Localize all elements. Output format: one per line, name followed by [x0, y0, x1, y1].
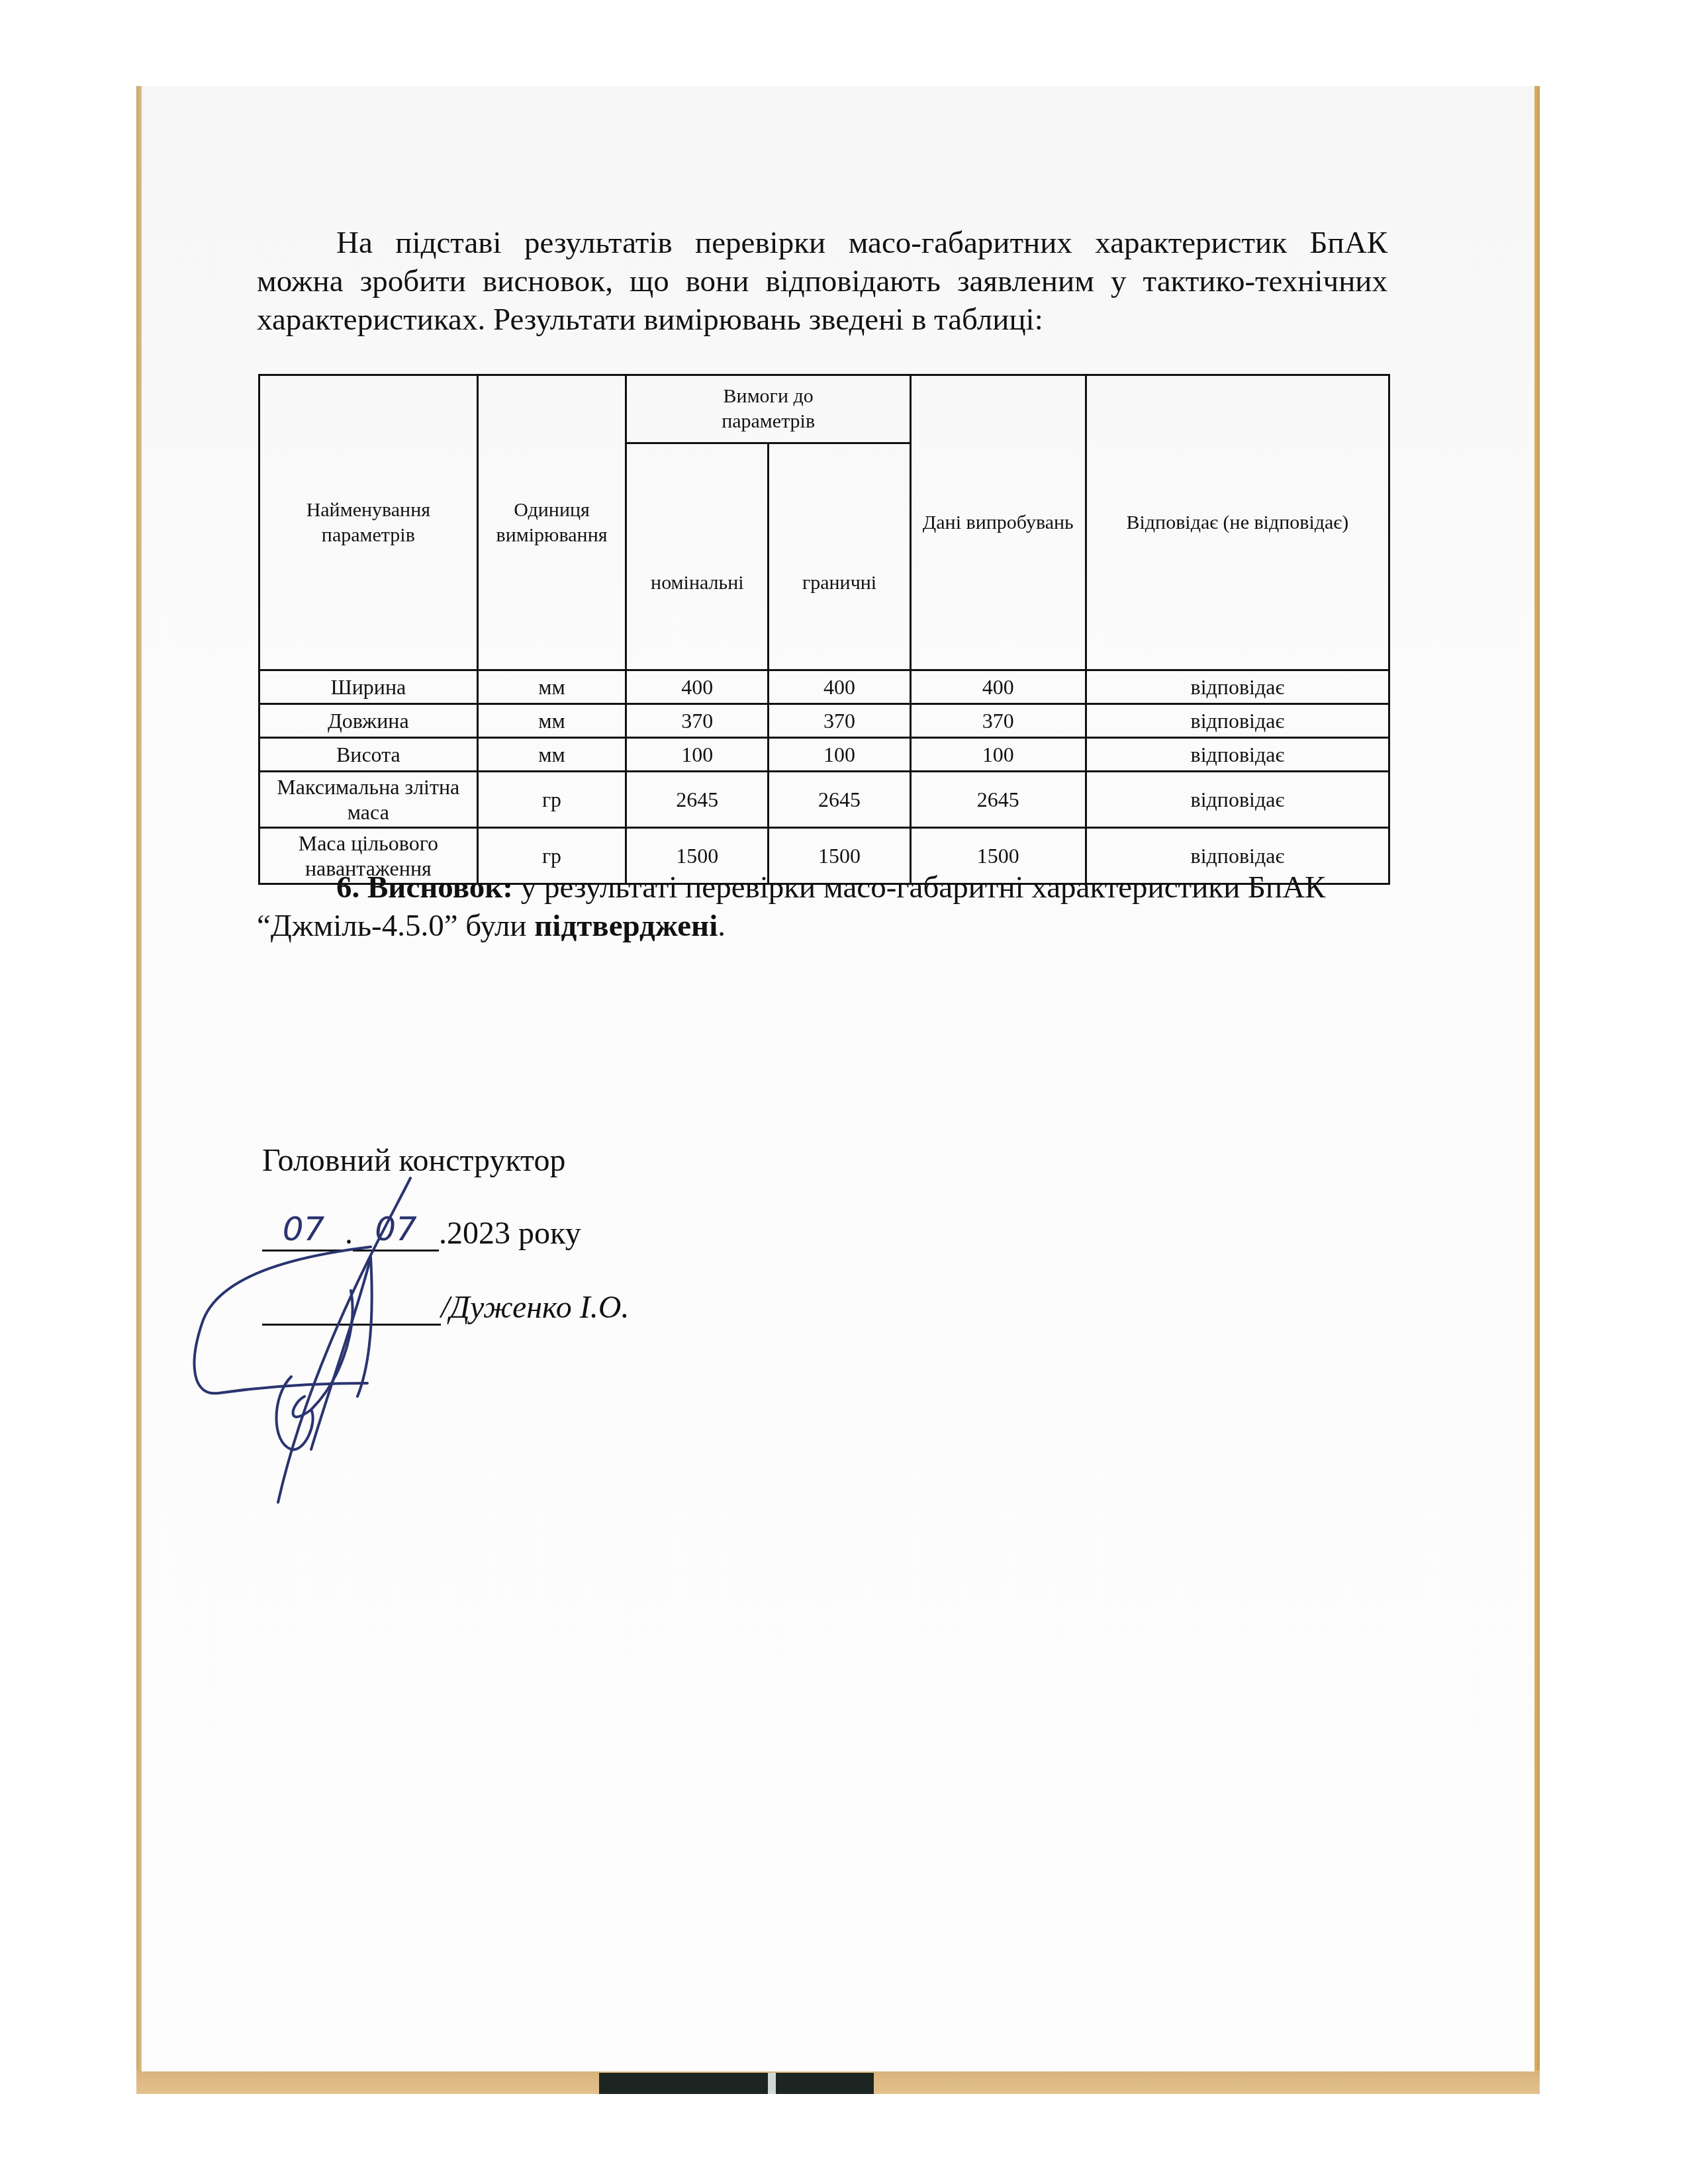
header-nominal: номінальні: [626, 443, 769, 670]
intro-line-1: На підставі результатів перевірки масо-г…: [257, 224, 1387, 262]
row-param-name: Максимальна злітна маса: [259, 772, 478, 828]
date-year-suffix: .2023 року: [439, 1216, 581, 1251]
desk-edge-left: [136, 86, 142, 2091]
table-row: Висота мм 100 100 100 відповідає: [259, 738, 1389, 772]
row-unit: мм: [477, 738, 626, 772]
header-test-data: Дані випробувань: [910, 375, 1086, 670]
date-line: 07.07.2023 року: [262, 1215, 581, 1251]
row-param-name: Висота: [259, 738, 478, 772]
row-test-value: 2645: [910, 772, 1086, 828]
dark-object-gap: [768, 2073, 776, 2094]
header-requirements: Вимоги до параметрів: [626, 375, 910, 443]
row-unit: мм: [477, 704, 626, 738]
conclusion-text-1: у результаті перевірки масо-габаритні ха…: [513, 870, 1325, 905]
row-compliance: відповідає: [1086, 670, 1389, 704]
table-row: Ширина мм 400 400 400 відповідає: [259, 670, 1389, 704]
row-test-value: 370: [910, 704, 1086, 738]
intro-line-3: характеристиках. Результати вимірювань з…: [257, 300, 1387, 339]
measurement-results-table: Найменування параметрів Одиниця вимірюва…: [258, 374, 1390, 885]
conclusion-end: .: [718, 909, 726, 943]
row-limit: 2645: [769, 772, 911, 828]
row-compliance: відповідає: [1086, 738, 1389, 772]
conclusion-label: 6. Висновок:: [336, 870, 513, 905]
dark-object-bottom: [599, 2073, 874, 2094]
row-limit: 100: [769, 738, 911, 772]
row-unit: гр: [477, 772, 626, 828]
date-month-handwritten: 07: [375, 1210, 417, 1248]
signatory-title: Головний конструктор: [262, 1142, 565, 1179]
header-compliance: Відповідає (не відповідає): [1086, 375, 1389, 670]
row-unit: мм: [477, 670, 626, 704]
row-nominal: 370: [626, 704, 769, 738]
row-param-name: Довжина: [259, 704, 478, 738]
date-day-handwritten: 07: [283, 1210, 325, 1248]
row-nominal: 400: [626, 670, 769, 704]
header-limit: граничні: [769, 443, 911, 670]
row-compliance: відповідає: [1086, 772, 1389, 828]
row-nominal: 2645: [626, 772, 769, 828]
header-parameter-name: Найменування параметрів: [259, 375, 478, 670]
date-day-field: 07: [262, 1216, 345, 1251]
table-row: Максимальна злітна маса гр 2645 2645 264…: [259, 772, 1389, 828]
signatory-name: /Дуженко І.О.: [441, 1290, 629, 1325]
signature-line: /Дуженко І.О.: [262, 1289, 629, 1326]
row-limit: 400: [769, 670, 911, 704]
conclusion-paragraph: 6. Висновок: у результаті перевірки масо…: [257, 868, 1387, 945]
row-test-value: 400: [910, 670, 1086, 704]
row-param-name: Ширина: [259, 670, 478, 704]
date-month-field: 07: [353, 1216, 439, 1251]
row-compliance: відповідає: [1086, 704, 1389, 738]
intro-line-2: можна зробити висновок, що вони відповід…: [257, 262, 1387, 300]
conclusion-text-2: “Джміль-4.5.0” були: [257, 909, 534, 943]
row-test-value: 100: [910, 738, 1086, 772]
intro-paragraph: На підставі результатів перевірки масо-г…: [257, 224, 1387, 339]
table-row: Довжина мм 370 370 370 відповідає: [259, 704, 1389, 738]
desk-edge-right: [1534, 86, 1540, 2091]
row-nominal: 100: [626, 738, 769, 772]
conclusion-emphasis: підтверджені: [534, 909, 718, 943]
row-limit: 370: [769, 704, 911, 738]
date-separator: .: [345, 1216, 353, 1251]
signature-blank: [262, 1291, 441, 1326]
header-unit: Одиниця вимірювання: [477, 375, 626, 670]
